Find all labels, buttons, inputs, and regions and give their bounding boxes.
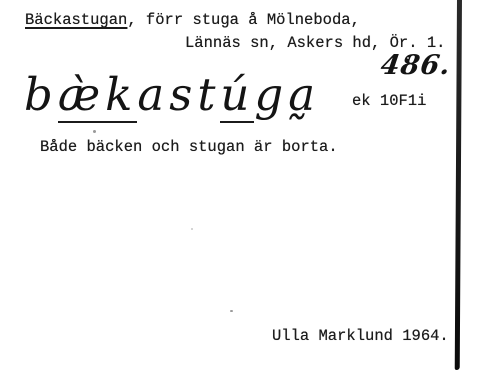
phonetic-segment: a̰ — [288, 68, 320, 121]
scan-speck — [191, 228, 193, 230]
phonetic-segment-underlined: æ̀k — [58, 68, 138, 123]
scan-speck — [230, 310, 233, 312]
archive-card: Bäckastugan, förr stuga å Mölneboda, Län… — [0, 0, 480, 391]
scan-edge-line — [455, 0, 462, 370]
recorder-signature: Ulla Marklund 1964. — [272, 327, 449, 345]
phonetic-segment-underlined: ú — [220, 68, 254, 123]
heading-line: Bäckastugan, förr stuga å Mölneboda, — [25, 11, 360, 29]
heading-rest: , förr stuga å Mölneboda, — [127, 11, 360, 29]
map-reference: ek 10F1i — [352, 92, 426, 110]
phonetic-segment: ast — [137, 68, 220, 121]
phonetic-transcription: bæ̀kastúga̰ — [24, 72, 320, 117]
place-name: Bäckastugan — [25, 11, 127, 29]
note-text: Både bäcken och stugan är borta. — [40, 138, 338, 156]
archive-number: 486. — [379, 50, 453, 81]
scan-speck — [93, 130, 96, 133]
phonetic-segment: b — [24, 68, 58, 121]
scan-speck — [407, 57, 409, 59]
phonetic-segment: g — [254, 68, 288, 121]
